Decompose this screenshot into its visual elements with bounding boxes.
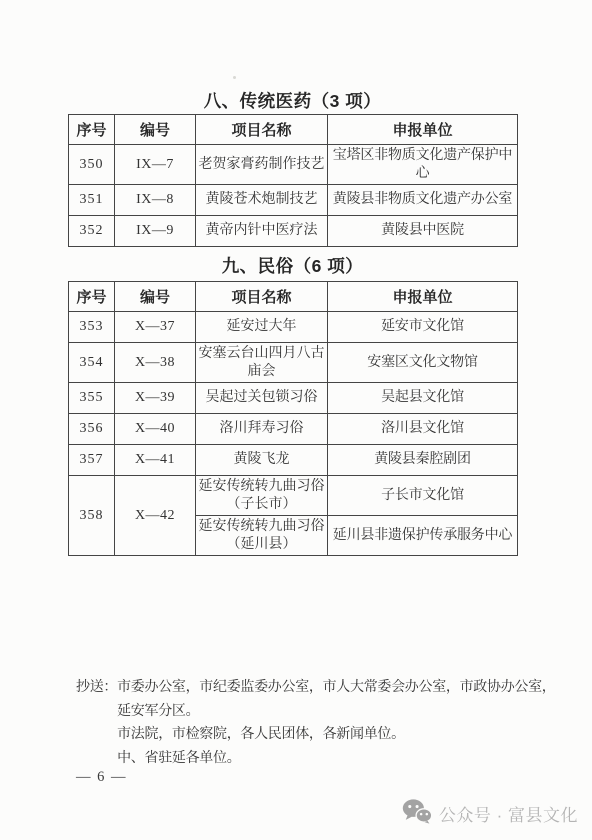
cell-code: X—41 bbox=[115, 445, 196, 476]
cell-code: X—37 bbox=[115, 312, 196, 343]
cell-project-name: 洛川拜寿习俗 bbox=[196, 414, 328, 445]
cell-declaring-unit: 洛川县文化馆 bbox=[328, 414, 518, 445]
traditional-medicine-table: 序号 编号 项目名称 申报单位 350 IX—7 老贺家膏药制作技艺 宝塔区非物… bbox=[68, 114, 518, 247]
cell-project-name: 老贺家膏药制作技艺 bbox=[196, 145, 328, 185]
table-row: 350 IX—7 老贺家膏药制作技艺 宝塔区非物质文化遗产保护中心 bbox=[69, 145, 518, 185]
header-cell-seq: 序号 bbox=[69, 282, 115, 312]
cell-declaring-unit: 延安市文化馆 bbox=[328, 312, 518, 343]
table-row: 352 IX—9 黄帝内针中医疗法 黄陵县中医院 bbox=[69, 216, 518, 247]
header-cell-code: 编号 bbox=[115, 115, 196, 145]
cc-line: 市法院，市检察院，各人民团体，各新闻单位。 bbox=[117, 723, 568, 747]
folk-customs-table: 序号 编号 项目名称 申报单位 353 X—37 延安过大年 延安市文化馆 35… bbox=[68, 281, 518, 556]
cell-project-name: 延安传统转九曲习俗（子长市） bbox=[196, 476, 328, 516]
table-header-row: 序号 编号 项目名称 申报单位 bbox=[69, 115, 518, 145]
header-cell-unit: 申报单位 bbox=[328, 115, 518, 145]
cell-declaring-unit: 黄陵县非物质文化遗产办公室 bbox=[328, 185, 518, 216]
cell-declaring-unit: 安塞区文化文物馆 bbox=[328, 343, 518, 383]
cell-seq: 352 bbox=[69, 216, 115, 247]
cell-seq: 358 bbox=[69, 476, 115, 556]
cell-declaring-unit: 黄陵县中医院 bbox=[328, 216, 518, 247]
cell-declaring-unit: 黄陵县秦腔剧团 bbox=[328, 445, 518, 476]
cell-project-name: 延安传统转九曲习俗（延川县） bbox=[196, 516, 328, 556]
cell-code: IX—7 bbox=[115, 145, 196, 185]
cell-declaring-unit: 延川县非遗保护传承服务中心 bbox=[328, 516, 518, 556]
table-row: 355 X—39 吴起过关包锁习俗 吴起县文化馆 bbox=[69, 383, 518, 414]
cell-project-name: 黄帝内针中医疗法 bbox=[196, 216, 328, 247]
wechat-watermark: 公众号 · 富县文化 bbox=[402, 798, 578, 829]
cell-seq: 356 bbox=[69, 414, 115, 445]
header-cell-seq: 序号 bbox=[69, 115, 115, 145]
section-title-traditional-medicine: 八、传统医药（3 项） bbox=[68, 0, 517, 114]
watermark-label: 公众号 · 富县文化 bbox=[439, 801, 578, 826]
cell-seq: 353 bbox=[69, 312, 115, 343]
cell-project-name: 延安过大年 bbox=[196, 312, 328, 343]
cc-line: 延安军分区。 bbox=[117, 700, 568, 724]
table-row-merged: 358 X—42 延安传统转九曲习俗（子长市） 子长市文化馆 bbox=[69, 476, 518, 516]
cc-line: 中、省驻延各单位。 bbox=[117, 747, 568, 771]
table-row: 357 X—41 黄陵飞龙 黄陵县秦腔剧团 bbox=[69, 445, 518, 476]
cell-code: X—40 bbox=[115, 414, 196, 445]
cell-code: X—42 bbox=[115, 476, 196, 556]
document-content: 八、传统医药（3 项） 序号 编号 项目名称 申报单位 350 IX—7 老贺家… bbox=[68, 0, 517, 556]
table-row: 356 X—40 洛川拜寿习俗 洛川县文化馆 bbox=[69, 414, 518, 445]
table-row: 353 X—37 延安过大年 延安市文化馆 bbox=[69, 312, 518, 343]
header-cell-code: 编号 bbox=[115, 282, 196, 312]
cell-code: IX—8 bbox=[115, 185, 196, 216]
scan-artifact bbox=[233, 76, 236, 79]
table-row: 354 X—38 安塞云台山四月八古庙会 安塞区文化文物馆 bbox=[69, 343, 518, 383]
cell-seq: 350 bbox=[69, 145, 115, 185]
header-cell-name: 项目名称 bbox=[196, 115, 328, 145]
header-cell-name: 项目名称 bbox=[196, 282, 328, 312]
cc-label: 抄送： bbox=[76, 676, 117, 770]
cell-declaring-unit: 吴起县文化馆 bbox=[328, 383, 518, 414]
cell-seq: 354 bbox=[69, 343, 115, 383]
table-header-row: 序号 编号 项目名称 申报单位 bbox=[69, 282, 518, 312]
cell-code: IX—9 bbox=[115, 216, 196, 247]
table-row: 351 IX—8 黄陵苍术炮制技艺 黄陵县非物质文化遗产办公室 bbox=[69, 185, 518, 216]
cell-declaring-unit: 子长市文化馆 bbox=[328, 476, 518, 516]
cc-line: 市委办公室，市纪委监委办公室，市人大常委会办公室，市政协办公室， bbox=[117, 676, 568, 700]
cc-distribution-block: 抄送： 市委办公室，市纪委监委办公室，市人大常委会办公室，市政协办公室， 延安军… bbox=[76, 676, 568, 770]
cell-code: X—39 bbox=[115, 383, 196, 414]
cell-project-name: 吴起过关包锁习俗 bbox=[196, 383, 328, 414]
cell-seq: 355 bbox=[69, 383, 115, 414]
header-cell-unit: 申报单位 bbox=[328, 282, 518, 312]
cell-project-name: 黄陵苍术炮制技艺 bbox=[196, 185, 328, 216]
cell-seq: 351 bbox=[69, 185, 115, 216]
cell-declaring-unit: 宝塔区非物质文化遗产保护中心 bbox=[328, 145, 518, 185]
scanned-document-page: 八、传统医药（3 项） 序号 编号 项目名称 申报单位 350 IX—7 老贺家… bbox=[0, 0, 592, 840]
cc-lines: 市委办公室，市纪委监委办公室，市人大常委会办公室，市政协办公室， 延安军分区。 … bbox=[117, 676, 568, 770]
page-number: — 6 — bbox=[76, 769, 127, 786]
cell-project-name: 黄陵飞龙 bbox=[196, 445, 328, 476]
cell-seq: 357 bbox=[69, 445, 115, 476]
wechat-icon bbox=[402, 798, 432, 829]
cell-project-name: 安塞云台山四月八古庙会 bbox=[196, 343, 328, 383]
cell-code: X—38 bbox=[115, 343, 196, 383]
section-title-folk-customs: 九、民俗（6 项） bbox=[68, 247, 517, 281]
